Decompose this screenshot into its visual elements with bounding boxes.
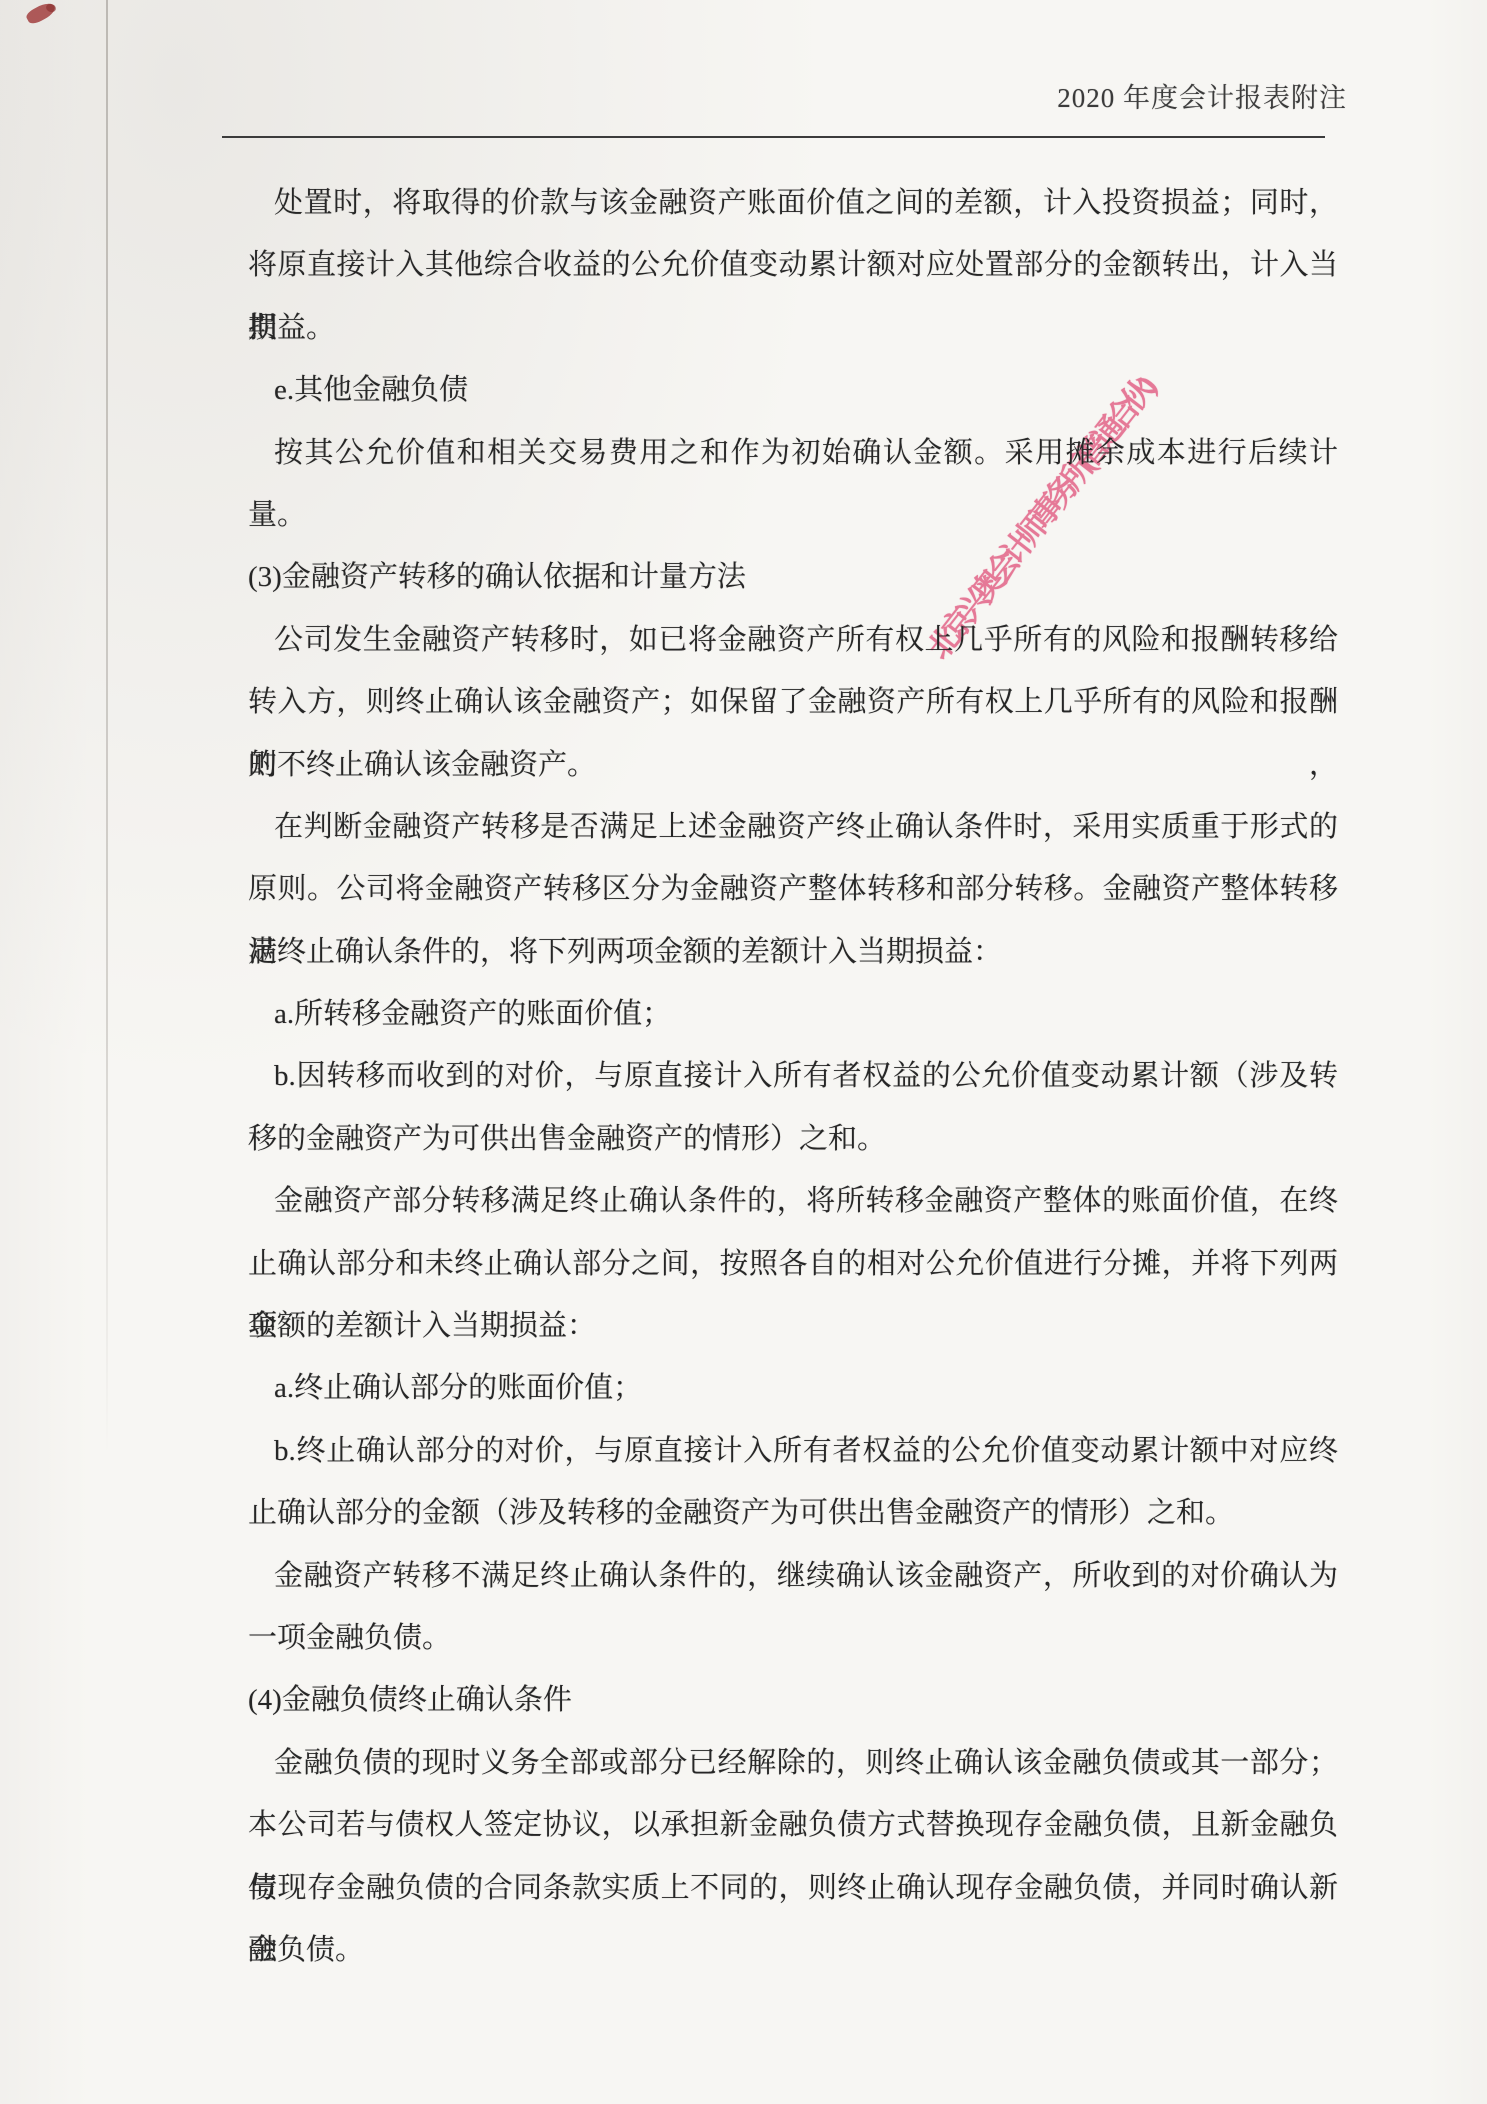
text-line: 按其公允价值和相关交易费用之和作为初始确认金额。采用摊余成本进行后续计 — [248, 422, 1338, 484]
text-line: 金融负债的现时义务全部或部分已经解除的，则终止确认该金融负债或其一部分； — [248, 1732, 1338, 1794]
text-line: 处置时，将取得的价款与该金融资产账面价值之间的差额，计入投资损益；同时， — [248, 172, 1338, 234]
text-line: 原则。公司将金融资产转移区分为金融资产整体转移和部分转移。金融资产整体转移满 — [248, 858, 1338, 920]
text-line: 一项金融负债。 — [248, 1607, 1338, 1669]
text-line: 金融资产转移不满足终止确认条件的，继续确认该金融资产，所收到的对价确认为 — [248, 1545, 1338, 1607]
text-block: 处置时，将取得的价款与该金融资产账面价值之间的差额，计入投资损益；同时，将原直接… — [248, 172, 1338, 1981]
text-line: 损益。 — [248, 297, 1338, 359]
text-line: 在判断金融资产转移是否满足上述金融资产终止确认条件时，采用实质重于形式的 — [248, 796, 1338, 858]
text-line: 与现存金融负债的合同条款实质上不同的，则终止确认现存金融负债，并同时确认新金 — [248, 1857, 1338, 1919]
header-divider-rule — [222, 136, 1325, 138]
text-line: 融负债。 — [248, 1919, 1338, 1981]
text-line: 金融资产部分转移满足终止确认条件的，将所转移金融资产整体的账面价值，在终 — [248, 1170, 1338, 1232]
text-line: 止确认部分的金额（涉及转移的金融资产为可供出售金融资产的情形）之和。 — [248, 1482, 1338, 1544]
text-line: 转入方，则终止确认该金融资产；如保留了金融资产所有权上几乎所有的风险和报酬的， — [248, 671, 1338, 733]
text-line: 量。 — [248, 484, 1338, 546]
text-line: 金额的差额计入当期损益： — [248, 1295, 1338, 1357]
text-line: 止确认部分和未终止确认部分之间，按照各自的相对公允价值进行分摊，并将下列两项 — [248, 1233, 1338, 1295]
text-line: 公司发生金融资产转移时，如已将金融资产所有权上几乎所有的风险和报酬转移给 — [248, 609, 1338, 671]
text-line: (4)金融负债终止确认条件 — [248, 1669, 1338, 1731]
text-line: a.终止确认部分的账面价值； — [248, 1357, 1338, 1419]
text-line: b.因转移而收到的对价，与原直接计入所有者权益的公允价值变动累计额（涉及转 — [248, 1045, 1338, 1107]
scanned-document-page: 2020 年度会计报表附注 北京兴奥会计师事务所(普通合伙) 处置时，将取得的价… — [0, 0, 1487, 2104]
page-header-title: 2020 年度会计报表附注 — [1057, 76, 1347, 115]
text-line: e.其他金融负债 — [248, 359, 1338, 421]
text-line: 将原直接计入其他综合收益的公允价值变动累计额对应处置部分的金额转出，计入当期 — [248, 234, 1338, 296]
text-line: a.所转移金融资产的账面价值； — [248, 983, 1338, 1045]
scan-edge-artifact-line — [106, 0, 108, 1455]
text-line: (3)金融资产转移的确认依据和计量方法 — [248, 546, 1338, 608]
text-line: 足终止确认条件的，将下列两项金额的差额计入当期损益： — [248, 921, 1338, 983]
text-line: b.终止确认部分的对价，与原直接计入所有者权益的公允价值变动累计额中对应终 — [248, 1420, 1338, 1482]
text-line: 移的金融资产为可供出售金融资产的情形）之和。 — [248, 1108, 1338, 1170]
text-line: 本公司若与债权人签定协议，以承担新金融负债方式替换现存金融负债，且新金融负债 — [248, 1794, 1338, 1856]
